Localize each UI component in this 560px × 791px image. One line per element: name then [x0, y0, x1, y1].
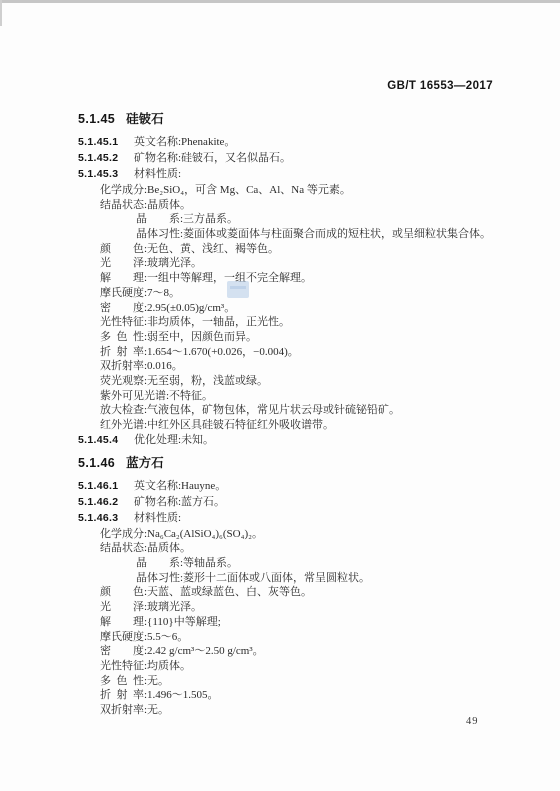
clause-text: 英文名称:Hauyne。: [134, 480, 226, 492]
clause-line: 5.1.46.3材料性质:: [0, 512, 560, 528]
clause-line: 5.1.45.4优化处理:未知。: [0, 434, 560, 450]
clause-line: 5.1.45.1英文名称:Phenakite。: [0, 136, 560, 152]
document-body: 5.1.45硅铍石5.1.45.1英文名称:Phenakite。5.1.45.2…: [0, 106, 560, 719]
property-line: 折 射 率:1.496～1.505。: [0, 689, 560, 704]
property-line: 晶体习性:菱面体或菱面体与柱面聚合而成的短柱状，或呈细粒状集合体。: [0, 228, 560, 243]
clause-text: 材料性质:: [134, 512, 181, 524]
clause-line: 5.1.45.2矿物名称:硅铍石，又名似晶石。: [0, 152, 560, 168]
clause-text: 矿物名称:硅铍石，又名似晶石。: [134, 152, 291, 164]
section-number: 5.1.45: [78, 112, 115, 126]
standard-number-header: GB/T 16553—2017: [387, 80, 493, 92]
clause-number: 5.1.45.4: [78, 434, 125, 447]
watermark-stamp: [227, 281, 249, 298]
property-line: 密 度:2.95(±0.05)g/cm³。: [0, 302, 560, 317]
clause-text: 英文名称:Phenakite。: [134, 136, 235, 148]
clause-number: 5.1.45.1: [78, 136, 125, 149]
section-title-text: 蓝方石: [126, 456, 164, 470]
clause-number: 5.1.46.1: [78, 480, 125, 493]
property-line: 晶 系:三方晶系。: [0, 213, 560, 228]
property-line: 化学成分:Na₆Ca₂(AlSiO₄)₆(SO₄)₂。: [0, 528, 560, 543]
property-line: 多 色 性:无。: [0, 675, 560, 690]
property-line: 颜 色:无色、黄、浅红、褐等色。: [0, 243, 560, 258]
property-line: 结晶状态:晶质体。: [0, 542, 560, 557]
property-line: 化学成分:Be₂SiO₄，可含 Mg、Ca、Al、Na 等元素。: [0, 184, 560, 199]
property-line: 放大检查:气液包体，矿物包体，常见片状云母或针硫铋铅矿。: [0, 404, 560, 419]
page-number: 49: [466, 716, 479, 727]
property-line: 多 色 性:弱至中，因颜色而异。: [0, 331, 560, 346]
property-line: 结晶状态:晶质体。: [0, 199, 560, 214]
scan-left-edge: [0, 0, 2, 26]
clause-number: 5.1.46.2: [78, 496, 125, 509]
property-line: 摩氏硬度:5.5～6。: [0, 631, 560, 646]
section-heading: 5.1.46蓝方石: [0, 450, 560, 480]
property-line: 摩氏硬度:7～8。: [0, 287, 560, 302]
clause-line: 5.1.45.3材料性质:: [0, 168, 560, 184]
clause-line: 5.1.46.1英文名称:Hauyne。: [0, 480, 560, 496]
property-line: 晶 系:等轴晶系。: [0, 557, 560, 572]
property-line: 晶体习性:菱形十二面体或八面体，常呈圆粒状。: [0, 572, 560, 587]
property-line: 解 理:一组中等解理，一组不完全解理。: [0, 272, 560, 287]
document-page: GB/T 16553—2017 5.1.45硅铍石5.1.45.1英文名称:Ph…: [0, 0, 560, 791]
clause-number: 5.1.45.2: [78, 152, 125, 165]
section-number: 5.1.46: [78, 456, 115, 470]
scan-top-edge: [0, 0, 560, 3]
property-line: 红外光谱:中红外区具硅铍石特征红外吸收谱带。: [0, 419, 560, 434]
property-line: 光 泽:玻璃光泽。: [0, 601, 560, 616]
clause-number: 5.1.45.3: [78, 168, 125, 181]
clause-text: 优化处理:未知。: [134, 434, 214, 446]
property-line: 密 度:2.42 g/cm³～2.50 g/cm³。: [0, 645, 560, 660]
property-line: 光性特征:非均质体，一轴晶，正光性。: [0, 316, 560, 331]
property-line: 解 理:{110}中等解理;: [0, 616, 560, 631]
property-line: 颜 色:天蓝、蓝或绿蓝色、白、灰等色。: [0, 586, 560, 601]
clause-text: 矿物名称:蓝方石。: [134, 496, 225, 508]
section-heading: 5.1.45硅铍石: [0, 106, 560, 136]
property-line: 折 射 率:1.654～1.670(+0.026，−0.004)。: [0, 346, 560, 361]
property-line: 紫外可见光谱:不特征。: [0, 390, 560, 405]
property-line: 光性特征:均质体。: [0, 660, 560, 675]
property-line: 光 泽:玻璃光泽。: [0, 257, 560, 272]
clause-number: 5.1.46.3: [78, 512, 125, 525]
property-line: 荧光观察:无至弱，粉，浅蓝或绿。: [0, 375, 560, 390]
section-title-text: 硅铍石: [126, 112, 164, 126]
clause-line: 5.1.46.2矿物名称:蓝方石。: [0, 496, 560, 512]
clause-text: 材料性质:: [134, 168, 181, 180]
property-line: 双折射率:0.016。: [0, 360, 560, 375]
